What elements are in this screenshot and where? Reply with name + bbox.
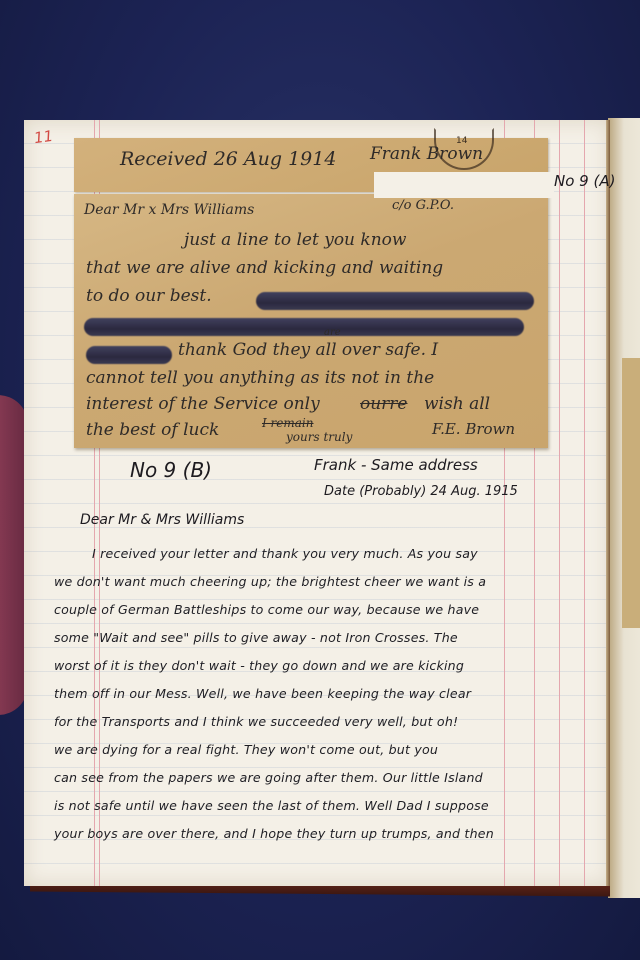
next-page-clipping xyxy=(622,358,640,628)
censor-blot xyxy=(256,292,534,310)
letter-number: No 9 (B) xyxy=(130,458,212,482)
postcard-label: No 9 (A) xyxy=(554,172,615,190)
margin-line xyxy=(584,120,585,886)
postcard-line: that we are alive and kicking and waitin… xyxy=(86,258,443,278)
scrapbook-page: 11 14 Received 26 Aug 1914 Frank Brown N… xyxy=(24,120,610,886)
letter-line: them off in our Mess. Well, we have been… xyxy=(54,686,471,701)
letter-line: is not safe until we have seen the last … xyxy=(54,798,489,813)
closing-top: I remain xyxy=(262,416,314,430)
postcard-line: to do our best. xyxy=(86,286,212,306)
page-number: 11 xyxy=(33,127,54,147)
letter-line: some "Wait and see" pills to give away -… xyxy=(54,630,458,645)
letter-line: for the Transports and I think we succee… xyxy=(54,714,458,729)
letter-line: your boys are over there, and I hope the… xyxy=(54,826,494,841)
letter-date: Date (Probably) 24 Aug. 1915 xyxy=(324,484,518,499)
letter-line: couple of German Battleships to come our… xyxy=(54,602,479,617)
postcard-line: thank God they all over safe. I xyxy=(178,340,438,360)
letter-sender-note: Frank - Same address xyxy=(314,456,478,474)
censor-blot xyxy=(84,318,524,336)
inserted-word: are xyxy=(324,327,341,338)
postcard-line: cannot tell you anything as its not in t… xyxy=(86,368,434,388)
closing-bottom: yours truly xyxy=(286,430,352,444)
letter-line: I received your letter and thank you ver… xyxy=(92,546,478,561)
postcard-line: wish all xyxy=(424,394,490,414)
binding-stitching xyxy=(606,120,610,886)
postcard-torn-gap xyxy=(374,172,554,198)
postcard-line: the best of luck xyxy=(86,420,219,440)
received-note: Received 26 Aug 1914 xyxy=(120,148,336,170)
postcard-line: just a line to let you know xyxy=(184,230,406,250)
letter-line: can see from the papers we are going aft… xyxy=(54,770,483,785)
letter-line: we don't want much cheering up; the brig… xyxy=(54,574,486,589)
signature: F.E. Brown xyxy=(432,420,515,438)
letter-salutation: Dear Mr & Mrs Williams xyxy=(80,512,244,528)
censor-blot xyxy=(86,346,172,364)
next-page-edge xyxy=(608,118,640,898)
sender-name: Frank Brown xyxy=(370,144,483,164)
struck-word: ourre xyxy=(360,394,408,414)
letter-line: worst of it is they don't wait - they go… xyxy=(54,658,464,673)
margin-line xyxy=(559,120,560,886)
postcard-line: interest of the Service only xyxy=(86,394,320,414)
return-address: c/o G.P.O. xyxy=(392,198,454,213)
letter-line: we are dying for a real fight. They won'… xyxy=(54,742,438,757)
postcard-salutation: Dear Mr x Mrs Williams xyxy=(84,202,254,218)
